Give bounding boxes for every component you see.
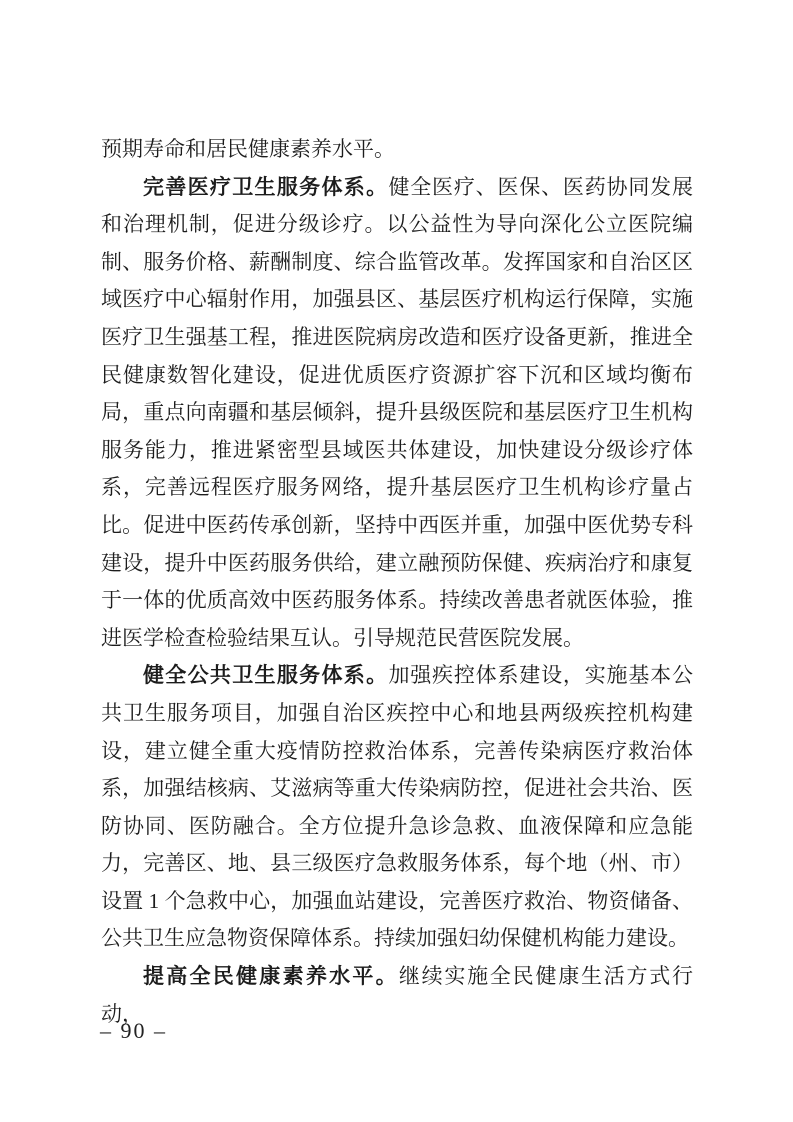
paragraph-bold-lead: 健全公共卫生服务体系。 [143, 663, 388, 687]
document-page: 预期寿命和居民健康素养水平。 完善医疗卫生服务体系。健全医疗、医保、医药协同发展… [0, 0, 793, 1122]
paragraph-bold-lead: 提高全民健康素养水平。 [143, 964, 399, 988]
paragraph-health-literacy: 提高全民健康素养水平。继续实施全民健康生活方式行动， [101, 958, 693, 1033]
document-body: 预期寿命和居民健康素养水平。 完善医疗卫生服务体系。健全医疗、医保、医药协同发展… [101, 131, 693, 1033]
paragraph-medical-service-system: 完善医疗卫生服务体系。健全医疗、医保、医药协同发展和治理机制，促进分级诊疗。以公… [101, 169, 693, 658]
paragraph-text: 健全医疗、医保、医药协同发展和治理机制，促进分级诊疗。以公益性为导向深化公立医院… [101, 175, 693, 650]
paragraph-text: 加强疾控体系建设，实施基本公共卫生服务项目，加强自治区疾控中心和地县两级疾控机构… [101, 663, 693, 950]
paragraph-public-health-system: 健全公共卫生服务体系。加强疾控体系建设，实施基本公共卫生服务项目，加强自治区疾控… [101, 657, 693, 958]
paragraph-bold-lead: 完善医疗卫生服务体系。 [143, 175, 388, 199]
paragraph-text: 预期寿命和居民健康素养水平。 [101, 137, 395, 161]
paragraph-continuation: 预期寿命和居民健康素养水平。 [101, 131, 693, 169]
page-number: – 90 – [100, 1016, 167, 1046]
